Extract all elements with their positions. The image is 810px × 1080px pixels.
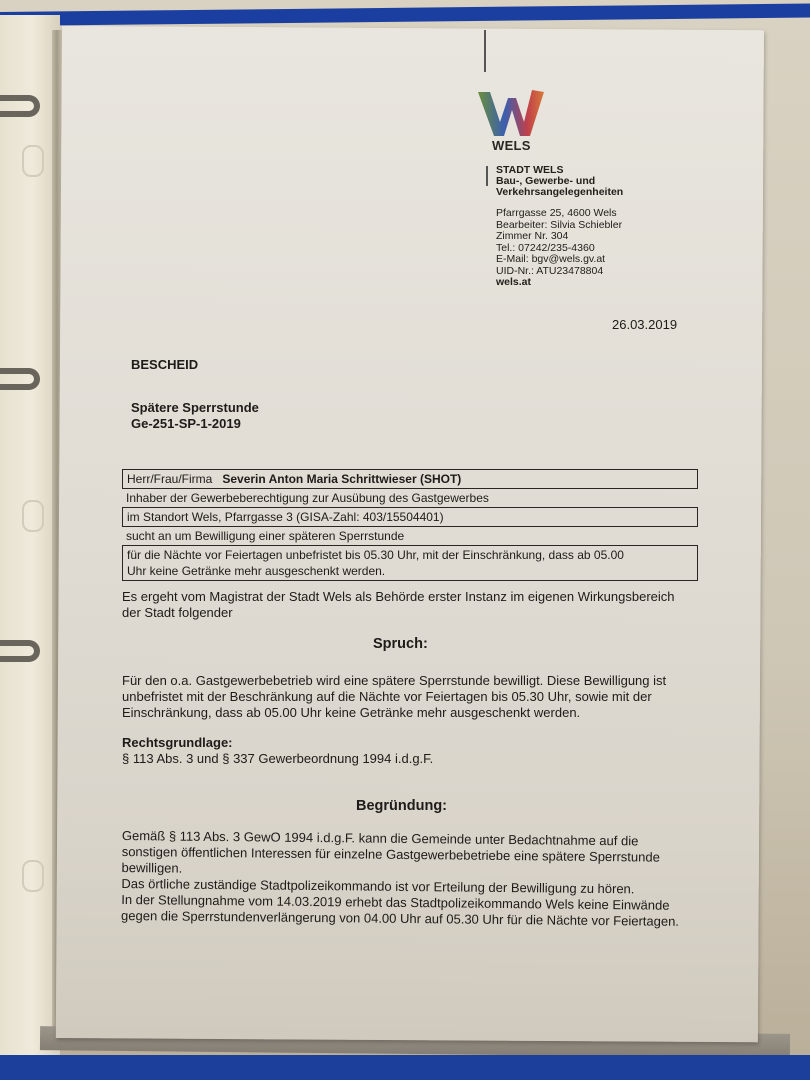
conditions-line: für die Nächte vor Feiertagen unbefriste… xyxy=(127,547,693,563)
intro-line: der Stadt folgender xyxy=(122,605,712,621)
legal-basis-label: Rechtsgrundlage: xyxy=(122,735,712,751)
document-date: 26.03.2019 xyxy=(612,317,677,332)
logo-wordmark: WELS xyxy=(492,138,531,153)
wels-logo-icon xyxy=(476,88,546,138)
punch-hole xyxy=(22,860,44,892)
punch-hole xyxy=(22,500,44,532)
document-type: BESCHEID xyxy=(131,357,198,372)
department-line2: Verkehrsangelegenheiten xyxy=(496,187,623,198)
begruendung-paragraph: Gemäß § 113 Abs. 3 GewO 1994 i.d.g.F. ka… xyxy=(121,828,722,930)
intro-paragraph: Es ergeht vom Magistrat der Stadt Wels a… xyxy=(122,589,712,621)
room: Zimmer Nr. 304 xyxy=(496,231,622,243)
subject-title: Spätere Sperrstunde xyxy=(131,400,259,416)
fold-mark xyxy=(484,30,486,72)
spruch-line: unbefristet mit der Beschränkung auf die… xyxy=(122,689,712,705)
spruch-paragraph: Für den o.a. Gastgewerbebetrieb wird ein… xyxy=(122,673,712,721)
spruch-line: Für den o.a. Gastgewerbebetrieb wird ein… xyxy=(122,673,712,689)
spruch-heading: Spruch: xyxy=(373,636,428,652)
applicant-box: Herr/Frau/FirmaSeverin Anton Maria Schri… xyxy=(122,469,698,581)
binder-ring xyxy=(0,640,40,662)
spruch-line: Einschränkung, dass ab 05.00 Uhr keine G… xyxy=(122,705,712,721)
conditions-line: Uhr keine Getränke mehr ausgeschenkt wer… xyxy=(127,563,693,579)
binder-ring xyxy=(0,368,40,390)
applicant-conditions-row: für die Nächte vor Feiertagen unbefriste… xyxy=(122,545,698,581)
applicant-request-row: sucht an um Bewilligung einer späteren S… xyxy=(122,527,698,545)
salutation-label: Herr/Frau/Firma xyxy=(127,472,212,486)
reference-number: Ge-251-SP-1-2019 xyxy=(131,416,259,432)
legal-basis-text: § 113 Abs. 3 und § 337 Gewerbeordnung 19… xyxy=(122,751,712,767)
letterhead-divider xyxy=(486,166,488,186)
website: wels.at xyxy=(496,277,622,289)
applicant-location-row: im Standort Wels, Pfarrgasse 3 (GISA-Zah… xyxy=(122,507,698,527)
contact-block: Pfarrgasse 25, 4600 Wels Bearbeiter: Sil… xyxy=(496,208,622,289)
address: Pfarrgasse 25, 4600 Wels xyxy=(496,208,622,220)
applicant-name-row: Herr/Frau/FirmaSeverin Anton Maria Schri… xyxy=(122,469,698,489)
legal-basis: Rechtsgrundlage: § 113 Abs. 3 und § 337 … xyxy=(122,735,712,767)
binder-ring xyxy=(0,95,40,117)
email: E-Mail: bgv@wels.gv.at xyxy=(496,254,622,266)
organization-block: STADT WELS Bau-, Gewerbe- und Verkehrsan… xyxy=(496,165,623,198)
applicant-row: Inhaber der Gewerbeberechtigung zur Ausü… xyxy=(122,489,698,507)
intro-line: Es ergeht vom Magistrat der Stadt Wels a… xyxy=(122,589,712,605)
applicant-name: Severin Anton Maria Schrittwieser (SHOT) xyxy=(222,472,461,486)
binder-blue-edge-bottom xyxy=(0,1055,810,1080)
begruendung-heading: Begründung: xyxy=(356,798,447,814)
subject-block: Spätere Sperrstunde Ge-251-SP-1-2019 xyxy=(131,400,259,432)
punch-hole xyxy=(22,145,44,177)
